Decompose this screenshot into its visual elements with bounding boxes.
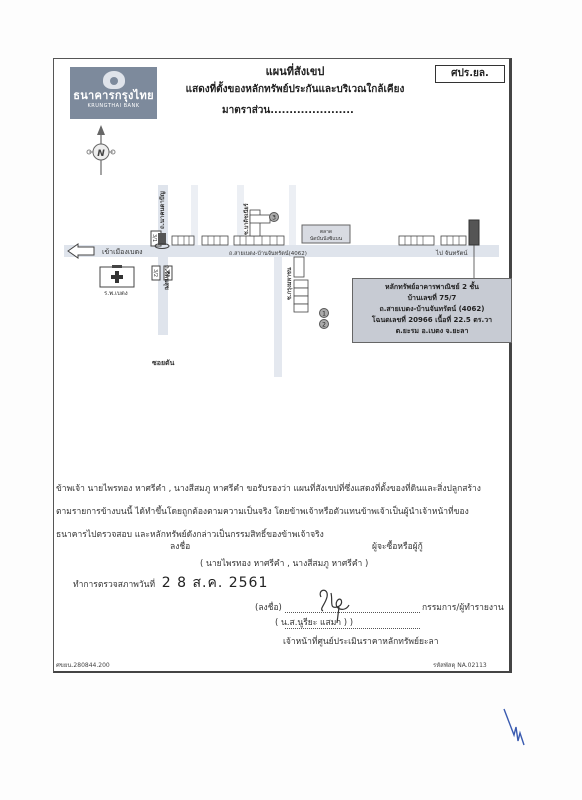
- to-city-label: เข้าเมืองเบตง: [102, 248, 143, 256]
- svg-text:ตลาด: ตลาด: [320, 229, 332, 235]
- certification-line: ตามรายการข้างบนนี้ ได้ทำขึ้นโดยถูกต้องตา…: [56, 501, 481, 524]
- officer-title: เจ้าหน้าที่ศูนย์ประเมินราคาหลักทรัพย์ยะล…: [283, 634, 439, 648]
- property-line: บ้านเลขที่ 75/7: [353, 293, 511, 304]
- property-line: โฉนดเลขที่ 20966 เนื้อที่ 22.5 ตร.วา: [353, 315, 511, 326]
- sketch-map: N เข้าเมืองเบตง ร.พ.เบตง 3/1 3/2 3/4: [54, 125, 510, 385]
- pen-mark-icon: [500, 705, 530, 750]
- scale-label: มาตราส่วน......................: [222, 103, 354, 118]
- signature-line: [285, 612, 420, 613]
- marker-2: 2: [320, 320, 329, 329]
- sign-label: ลงชื่อ: [170, 539, 190, 553]
- bank-logo: ธนาคารกรุงไทย KRUNGTHAI BANK: [70, 67, 157, 119]
- document-title: แผนที่สังเขป: [205, 62, 385, 80]
- svg-text:3/1: 3/1: [151, 234, 157, 242]
- road-south-label: ถ.รัตนสุข: [163, 265, 171, 290]
- destination-label: ไป จันทรัตน์: [435, 249, 468, 257]
- road-north-label: ถ.นาคนดาปัญ: [158, 191, 166, 229]
- footer-supply-code: รหัสพัสดุ NA.02113: [433, 660, 487, 670]
- main-road-label: ถ.สายเบตง-บ้านจันทรัตน์(4062): [229, 250, 307, 257]
- certification-line: ข้าพเจ้า นายไพรทอง หาศรีคำ , นางสีสมภู ห…: [56, 478, 481, 501]
- footer-form-code: ศขยน.280844.200: [56, 660, 110, 670]
- officer-signed-label: (ลงชื่อ): [255, 600, 282, 614]
- inspection-label: ทำการตรวจสภาพวันที่: [73, 580, 155, 590]
- svg-text:นัดบันนังซิแบน: นัดบันนังซิแบน: [310, 235, 343, 242]
- owner-names: ( นายไพรทอง หาศรีคำ , นางสีสมภู หาศรีคำ …: [200, 556, 368, 570]
- subject-property: [469, 220, 479, 245]
- marker-1: 1: [320, 309, 329, 318]
- department-badge: ศปร.ยล.: [435, 65, 505, 83]
- dead-end-label: ซอยตัน: [152, 359, 175, 367]
- buyer-label: ผู้จะซื้อหรือผู้กู้: [372, 539, 423, 553]
- officer-name: ( น.ส.นูรียะ แสมา ) ): [275, 615, 353, 629]
- lane-a-label: ซ.บาดิชเนียร์: [243, 203, 250, 235]
- bank-name-en: KRUNGTHAI BANK: [70, 103, 157, 110]
- garuda-emblem-icon: [103, 71, 125, 89]
- market: ตลาด นัดบันนังซิแบน: [302, 225, 350, 243]
- inspection-date: 2 8 ส.ค. 2561: [162, 575, 269, 591]
- document-subtitle: แสดงที่ตั้งของหลักทรัพย์ประกันและบริเวณใ…: [160, 82, 430, 97]
- inspection-row: ทำการตรวจสภาพวันที่ 2 8 ส.ค. 2561: [73, 572, 268, 594]
- compass-icon: N: [87, 125, 115, 175]
- lane-b-road: [274, 257, 282, 377]
- marker-3: 3: [270, 213, 279, 222]
- compass-n: N: [97, 149, 105, 159]
- svg-text:3: 3: [272, 215, 276, 222]
- bank-name-th: ธนาคารกรุงไทย: [70, 89, 157, 103]
- property-description-box: หลักทรัพย์อาคารพาณิชย์ 2 ชั้น บ้านเลขที่…: [352, 278, 512, 343]
- property-line: ถ.สายเบตง-บ้านจันทรัตน์ (4062): [353, 304, 511, 315]
- certification-text: ข้าพเจ้า นายไพรทอง หาศรีคำ , นางสีสมภู ห…: [56, 478, 481, 547]
- svg-text:3/2: 3/2: [152, 269, 158, 277]
- lane-b-label: ซ.กรุงมหาชน: [286, 267, 293, 300]
- name-line: [285, 628, 420, 629]
- officer-role: กรรมการ/ผู้ทำรายงาน: [422, 600, 504, 614]
- hospital-label: ร.พ.เบตง: [104, 290, 128, 297]
- property-line: ต.ยะรม อ.เบตง จ.ยะลา: [353, 326, 511, 337]
- property-line: หลักทรัพย์อาคารพาณิชย์ 2 ชั้น: [353, 282, 511, 293]
- svg-text:1: 1: [322, 311, 326, 318]
- svg-text:2: 2: [322, 322, 326, 329]
- hospital-icon: [100, 265, 134, 287]
